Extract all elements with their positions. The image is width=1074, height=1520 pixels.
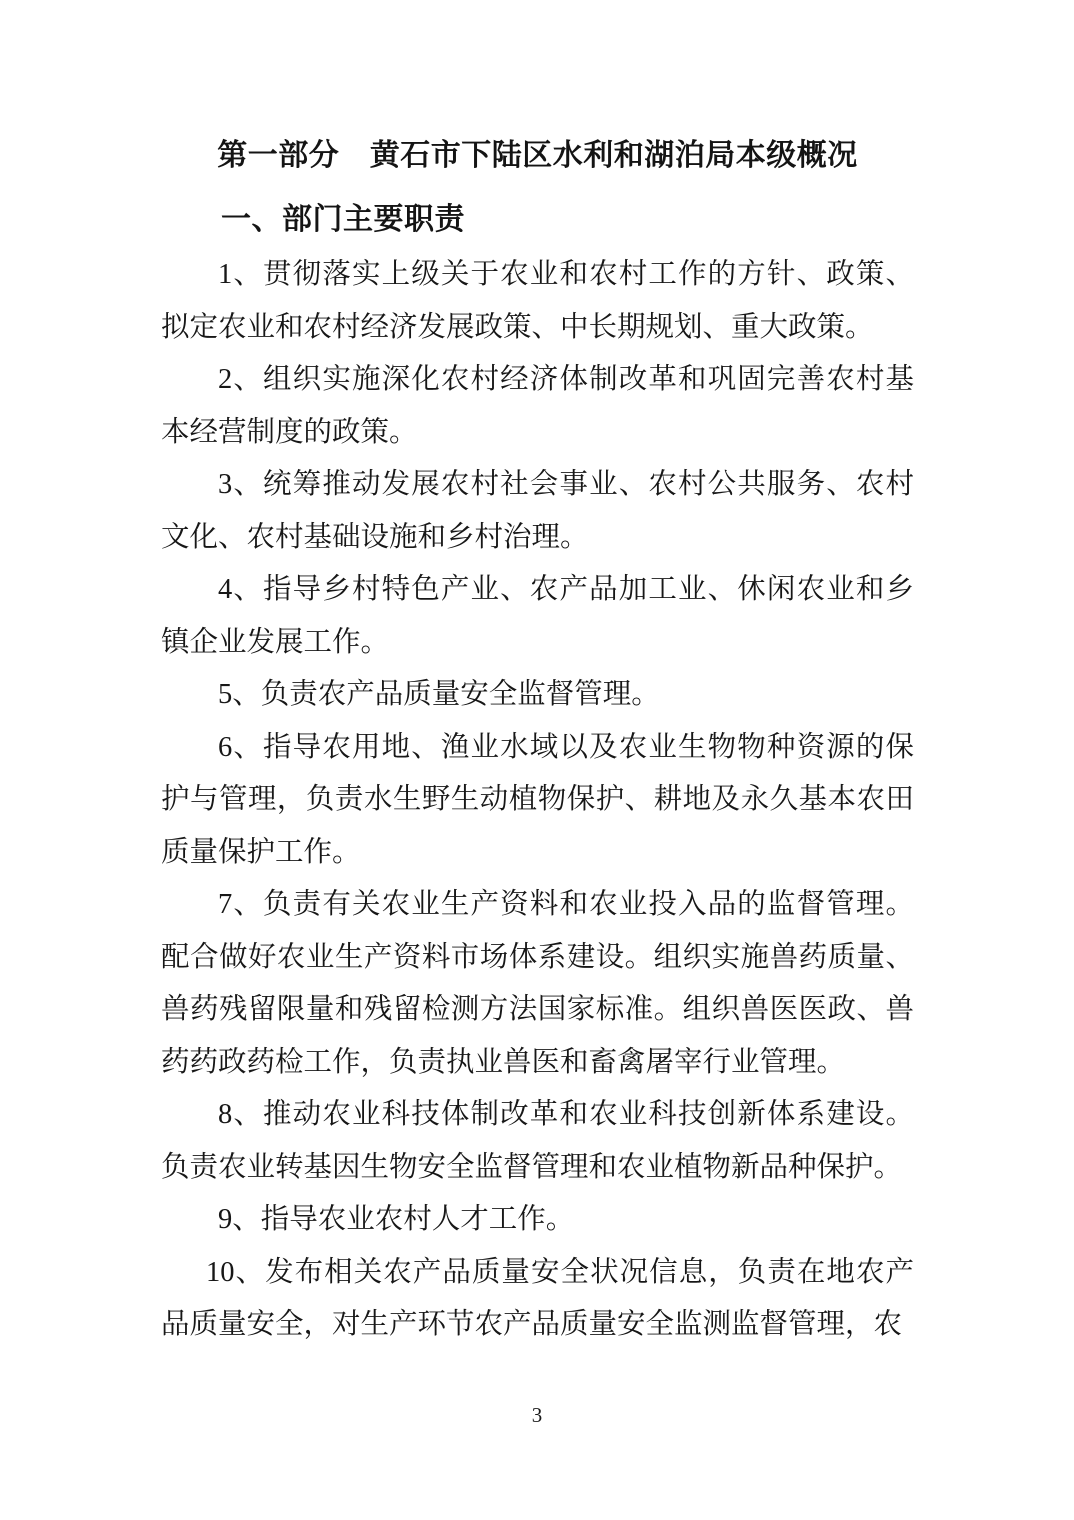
document-content: 第一部分 黄石市下陆区水利和湖泊局本级概况 一、部门主要职责 1、贯彻落实上级关…	[161, 130, 914, 1352]
duty-paragraph-2: 2、组织实施深化农村经济体制改革和巩固完善农村基本经营制度的政策。	[161, 354, 914, 459]
duty-paragraph-10: 10、发布相关农产品质量安全状况信息，负责在地农产品质量安全，对生产环节农产品质…	[161, 1247, 914, 1352]
duty-paragraph-6: 6、指导农用地、渔业水域以及农业生物物种资源的保护与管理，负责水生野生动植物保护…	[161, 722, 914, 880]
document-title: 第一部分 黄石市下陆区水利和湖泊局本级概况	[161, 130, 914, 182]
duty-paragraph-3: 3、统筹推动发展农村社会事业、农村公共服务、农村文化、农村基础设施和乡村治理。	[161, 459, 914, 564]
duty-paragraph-1: 1、贯彻落实上级关于农业和农村工作的方针、政策、拟定农业和农村经济发展政策、中长…	[161, 249, 914, 354]
duty-paragraph-7: 7、负责有关农业生产资料和农业投入品的监督管理。配合做好农业生产资料市场体系建设…	[161, 879, 914, 1089]
duty-paragraph-8: 8、推动农业科技体制改革和农业科技创新体系建设。负责农业转基因生物安全监督管理和…	[161, 1089, 914, 1194]
duty-paragraph-5: 5、负责农产品质量安全监督管理。	[161, 669, 914, 722]
document-page: 第一部分 黄石市下陆区水利和湖泊局本级概况 一、部门主要职责 1、贯彻落实上级关…	[0, 0, 1074, 1520]
section-heading: 一、部门主要职责	[161, 194, 914, 246]
duty-paragraph-9: 9、指导农业农村人才工作。	[161, 1194, 914, 1247]
duties-list: 1、贯彻落实上级关于农业和农村工作的方针、政策、拟定农业和农村经济发展政策、中长…	[161, 249, 914, 1352]
duty-paragraph-4: 4、指导乡村特色产业、农产品加工业、休闲农业和乡镇企业发展工作。	[161, 564, 914, 669]
page-number: 3	[0, 1400, 1074, 1430]
